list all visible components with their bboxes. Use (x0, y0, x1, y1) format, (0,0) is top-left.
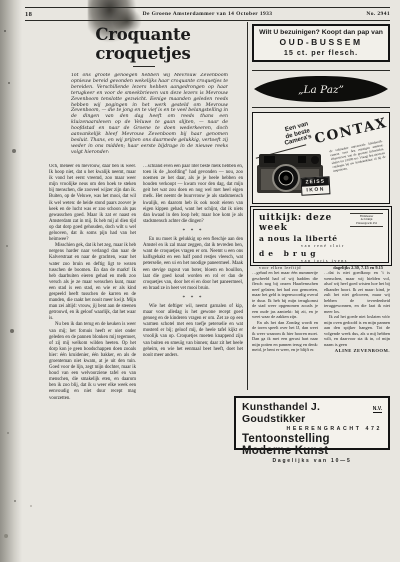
paragraph: Misschien gek, dat ik het zeg, maar ik h… (49, 243, 136, 322)
author-signature: ALINE ZEVENBOOM. (324, 348, 390, 354)
film-credit-2: van joris ivens (301, 258, 383, 263)
paragraph: En nu moet ik gelukkig op een fleschje a… (143, 237, 243, 292)
section-separator: * * * (143, 228, 243, 234)
scan-edge-strip (0, 0, 22, 562)
goudstikker-hours: Dagelijks van 10—5 (242, 458, 382, 464)
zeiss-logo-bottom: IKON (302, 185, 329, 194)
paragraph: Ik zal het goede niet loslaten vóór mijn… (324, 314, 390, 347)
film-title-2: de brug (259, 249, 383, 258)
paragraph: …gehad en het maar één nummertje geschee… (252, 270, 318, 320)
article-column-2: …schland even een paar liter beste melk … (143, 164, 243, 456)
paragraph: …schland even een paar liter beste melk … (143, 164, 243, 225)
paragraph: …dat is niet goedkoop en ’t is wenschen,… (324, 270, 390, 314)
column-divider-rule (247, 22, 248, 390)
uitkijk-heading: uitkijk: deze week (259, 213, 350, 233)
scan-speckles (4, 30, 6, 32)
masthead: 18 De Groene Amsterdammer van 14 October… (25, 7, 390, 20)
paragraph: Nu ben ik dan terug en de keuken is weer… (49, 322, 136, 401)
headline-divider (133, 66, 155, 67)
goudstikker-nv: N.V. (373, 406, 382, 413)
film-title-1: a nous la liberté (259, 234, 383, 243)
uitkijk-venue-block: Filmtheater de Uitkijk Prinsengracht 452 (350, 213, 383, 227)
paragraph: Wie het deftiger wil, neemt garnalen of … (143, 304, 243, 359)
film-credit-1: van rené clair (301, 243, 383, 248)
ad-divider-rule (252, 70, 390, 71)
venue-line: Prinsengracht 452 (350, 222, 383, 225)
goudstikker-exhibition: Tentoonstelling Moderne Kunst (242, 433, 382, 457)
article-intro: Tot ons groote genoegen hebben wij Mevro… (71, 73, 228, 161)
article-column-4: …dat is niet goedkoop en ’t is wenschen,… (324, 270, 390, 392)
ad-contax: Een van de beste Camera's CONTAX de volm… (252, 112, 390, 204)
contax-body-text: de volmaakte universeele kleinbeeld-came… (329, 140, 386, 173)
article-headline: Croquante croquetjes (46, 25, 240, 63)
goudstikker-address: HEERENGRACHT 472 (242, 426, 382, 432)
ad-la-paz: „La Paz” (252, 74, 390, 104)
la-paz-brand: „La Paz” (298, 84, 344, 96)
section-separator: * * * (143, 295, 243, 301)
ad-oud-bussem: Wilt U bezuinigen? Koopt dan pap van OUD… (252, 24, 390, 62)
ad-oud-bussem-brand: OUD-BUSSEM (254, 37, 388, 47)
cigar-illustration: „La Paz” (252, 74, 390, 104)
masthead-title: De Groene Amsterdammer van 14 October 19… (25, 11, 390, 17)
paragraph: En als het dan Zondag wordt en de toren … (252, 320, 318, 353)
ad-uitkijk: uitkijk: deze week Filmtheater de Uitkij… (253, 209, 389, 263)
ad-goudstikker: Kunsthandel J. Goudstikker N.V. HEERENGR… (234, 396, 390, 450)
ad-oud-bussem-price: 15 ct. per flesch. (254, 48, 388, 57)
paragraph: Och, meneer en mevrouw, daar ben ik weer… (49, 164, 136, 243)
ad-oud-bussem-line1: Wilt U bezuinigen? Koopt dan pap van (254, 29, 388, 36)
article-column-1: Och, meneer en mevrouw, daar ben ik weer… (49, 164, 136, 456)
goudstikker-name: Kunsthandel J. Goudstikker (242, 401, 373, 425)
newspaper-page: 18 De Groene Amsterdammer van 14 October… (0, 0, 400, 562)
masthead-rule (25, 20, 390, 21)
article-column-3: …gehad en het maar één nummertje geschee… (252, 270, 318, 392)
article-right-columns: …gehad en het maar één nummertje geschee… (252, 270, 390, 392)
zeiss-ikon-logo: ZEISS IKON (301, 176, 331, 195)
ad-divider-rule (252, 107, 390, 108)
